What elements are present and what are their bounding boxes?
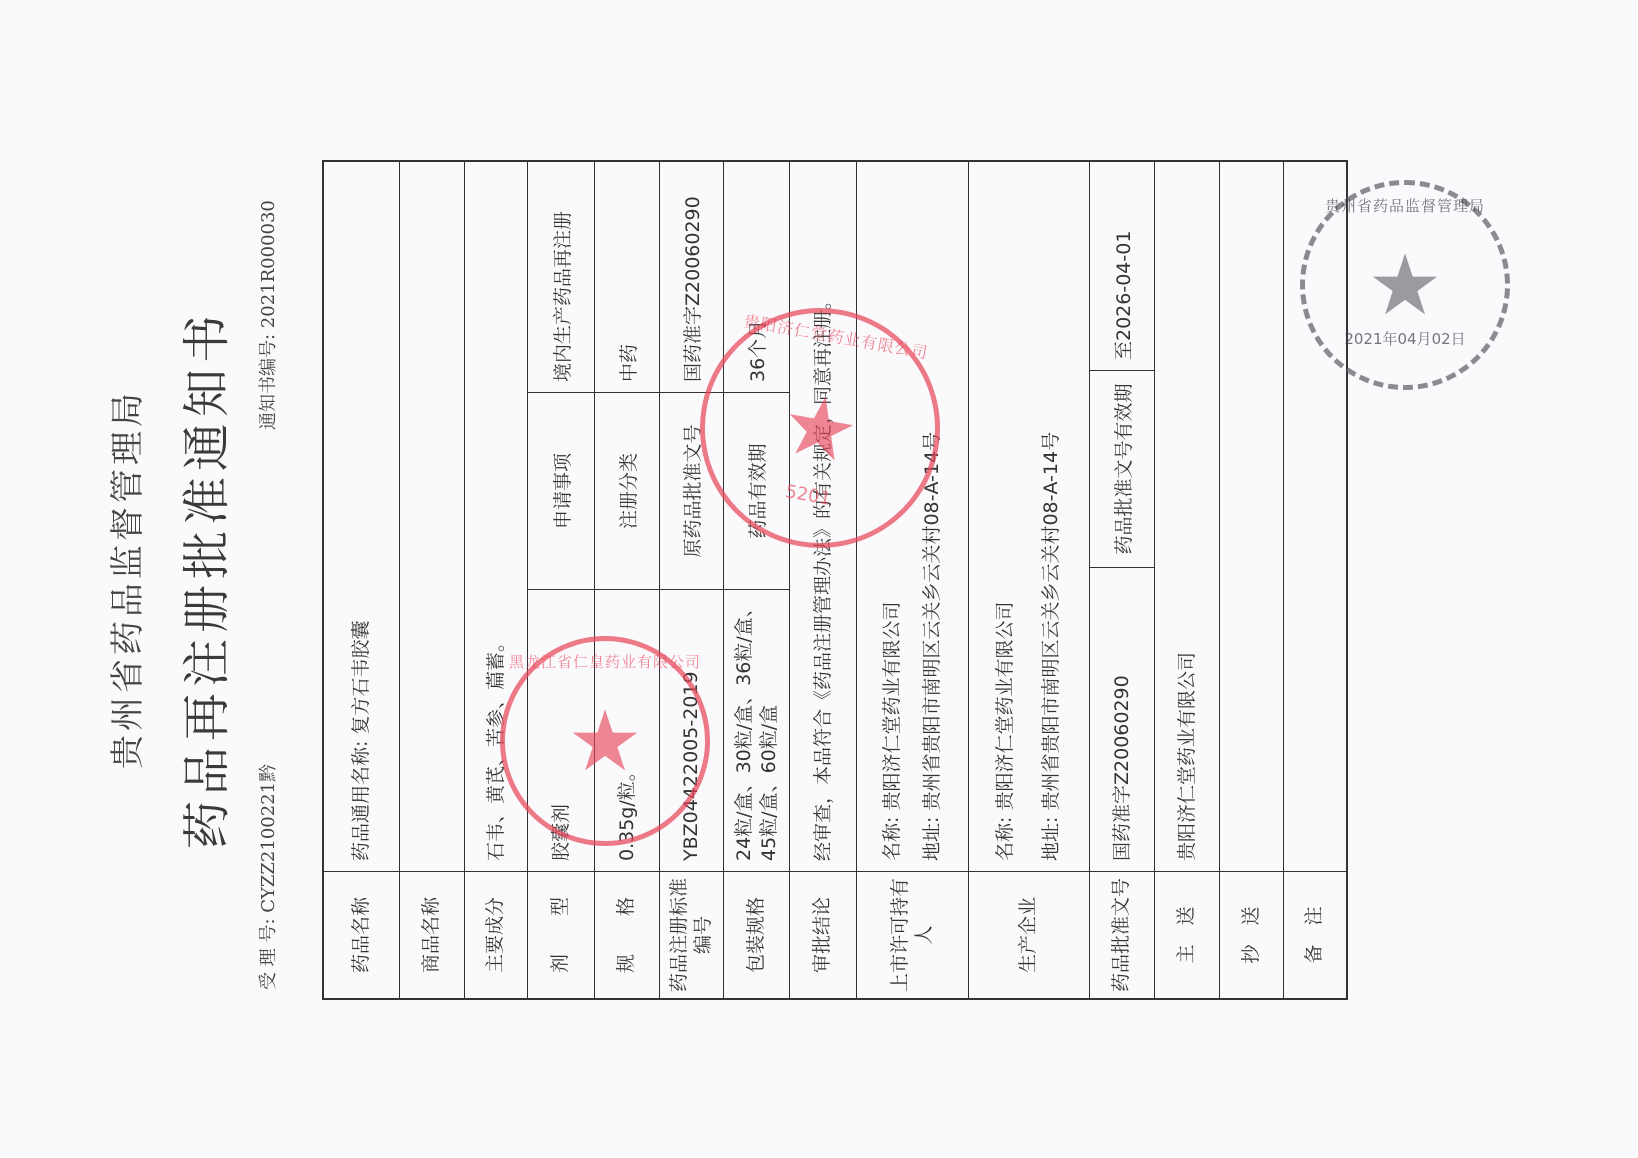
value-registration-category: 中药	[595, 162, 659, 394]
label-cc: 抄 送	[1220, 871, 1283, 998]
acceptance-number: 受 理 号: CYZZ2100221黔	[254, 764, 280, 990]
manufacturer-name: 名称: 贵阳济仁堂药业有限公司	[983, 162, 1029, 861]
label-standard-number: 药品注册标准编号	[660, 871, 723, 998]
row-mah: 上市许可持有人 名称: 贵阳济仁堂药业有限公司 地址: 贵州省贵阳市南明区云关乡…	[857, 162, 969, 998]
packaging-line-2: 45粒/盒、60粒/盒	[757, 594, 782, 861]
value-main-ingredients: 石韦、黄芪、苦参、萹蓄。	[465, 162, 527, 871]
value-main-recipient: 贵阳济仁堂药业有限公司	[1155, 162, 1219, 871]
value-standard-number: YBZ04422005-2019	[660, 594, 723, 871]
label-application-item: 申请事项	[528, 392, 594, 590]
value-application-item: 境内生产药品再注册	[528, 162, 594, 394]
notice-number-label: 通知书编号:	[258, 334, 279, 430]
label-conclusion: 审批结论	[790, 871, 856, 998]
label-remarks: 备 注	[1284, 871, 1346, 998]
row-approval-number: 药品批准文号 国药准字Z20060290 药品批准文号有效期 至2026-04-…	[1090, 162, 1155, 998]
row-packaging: 包装规格 24粒/盒、30粒/盒、36粒/盒、 45粒/盒、60粒/盒 药品有效…	[724, 162, 790, 998]
row-specification: 规 格 0.35g/粒。 注册分类 中药	[595, 162, 660, 998]
label-original-approval-number: 原药品批准文号	[660, 392, 723, 590]
label-packaging: 包装规格	[724, 871, 789, 998]
label-approval-number: 药品批准文号	[1090, 871, 1154, 998]
value-specification: 0.35g/粒。	[595, 594, 659, 871]
label-registration-category: 注册分类	[595, 392, 659, 590]
row-conclusion: 审批结论 经审查，本品符合《药品注册管理办法》的有关规定，同意再注册。	[790, 162, 857, 998]
row-remarks: 备 注	[1284, 162, 1346, 998]
manufacturer-address: 地址: 贵州省贵阳市南明区云关乡云关村08-A-14号	[1029, 162, 1075, 861]
label-main-ingredients: 主要成分	[465, 871, 527, 998]
document-title: 药品再注册批准通知书	[168, 0, 237, 1158]
value-dosage-form: 胶囊剂	[528, 594, 594, 871]
registration-table: 药品名称 药品通用名称: 复方石韦胶囊 商品名称 主要成分 石韦、黄芪、苦参、萹…	[322, 160, 1348, 1000]
value-manufacturer: 名称: 贵阳济仁堂药业有限公司 地址: 贵州省贵阳市南明区云关乡云关村08-A-…	[969, 162, 1089, 871]
notice-number-value: 2021R000030	[258, 200, 279, 328]
value-remarks	[1284, 162, 1346, 871]
issuing-authority: 贵州省药品监督管理局	[100, 0, 149, 1158]
value-original-approval-number: 国药准字Z20060290	[660, 162, 723, 394]
label-specification: 规 格	[595, 871, 659, 998]
label-mah: 上市许可持有人	[857, 871, 968, 998]
acceptance-number-value: CYZZ2100221黔	[258, 764, 279, 913]
row-dosage-form: 剂 型 胶囊剂 申请事项 境内生产药品再注册	[528, 162, 595, 998]
row-cc: 抄 送	[1220, 162, 1284, 998]
label-dosage-form: 剂 型	[528, 871, 594, 998]
row-drug-name: 药品名称 药品通用名称: 复方石韦胶囊	[324, 162, 400, 998]
label-shelf-life: 药品有效期	[724, 392, 789, 590]
value-mah: 名称: 贵阳济仁堂药业有限公司 地址: 贵州省贵阳市南明区云关乡云关村08-A-…	[857, 162, 968, 871]
mah-name: 名称: 贵阳济仁堂药业有限公司	[873, 162, 913, 861]
row-manufacturer: 生产企业 名称: 贵阳济仁堂药业有限公司 地址: 贵州省贵阳市南明区云关乡云关村…	[969, 162, 1090, 998]
row-trade-name: 商品名称	[400, 162, 465, 998]
value-packaging: 24粒/盒、30粒/盒、36粒/盒、 45粒/盒、60粒/盒	[724, 594, 789, 871]
value-approval-validity: 至2026-04-01	[1090, 162, 1154, 372]
value-cc	[1220, 162, 1283, 871]
value-conclusion: 经审查，本品符合《药品注册管理办法》的有关规定，同意再注册。	[790, 162, 856, 871]
label-main-recipient: 主 送	[1155, 871, 1219, 998]
approval-notice-document: 贵州省药品监督管理局 药品再注册批准通知书 受 理 号: CYZZ2100221…	[0, 0, 1638, 1158]
mah-address: 地址: 贵州省贵阳市南明区云关乡云关村08-A-14号	[913, 162, 953, 861]
value-approval-number: 国药准字Z20060290	[1090, 572, 1154, 871]
acceptance-number-label: 受 理 号:	[258, 918, 279, 990]
row-standard-number: 药品注册标准编号 YBZ04422005-2019 原药品批准文号 国药准字Z2…	[660, 162, 724, 998]
row-main-recipient: 主 送 贵阳济仁堂药业有限公司	[1155, 162, 1220, 998]
label-approval-validity: 药品批准文号有效期	[1090, 370, 1154, 568]
value-trade-name	[400, 162, 464, 871]
row-main-ingredients: 主要成分 石韦、黄芪、苦参、萹蓄。	[465, 162, 528, 998]
seal-star-icon: ★	[1367, 243, 1442, 327]
label-drug-name: 药品名称	[324, 871, 399, 998]
value-drug-name: 药品通用名称: 复方石韦胶囊	[324, 162, 399, 871]
label-trade-name: 商品名称	[400, 871, 464, 998]
value-shelf-life: 36个月	[724, 162, 789, 394]
packaging-line-1: 24粒/盒、30粒/盒、36粒/盒、	[732, 594, 757, 861]
notice-number: 通知书编号: 2021R000030	[254, 200, 280, 430]
label-manufacturer: 生产企业	[969, 871, 1089, 998]
